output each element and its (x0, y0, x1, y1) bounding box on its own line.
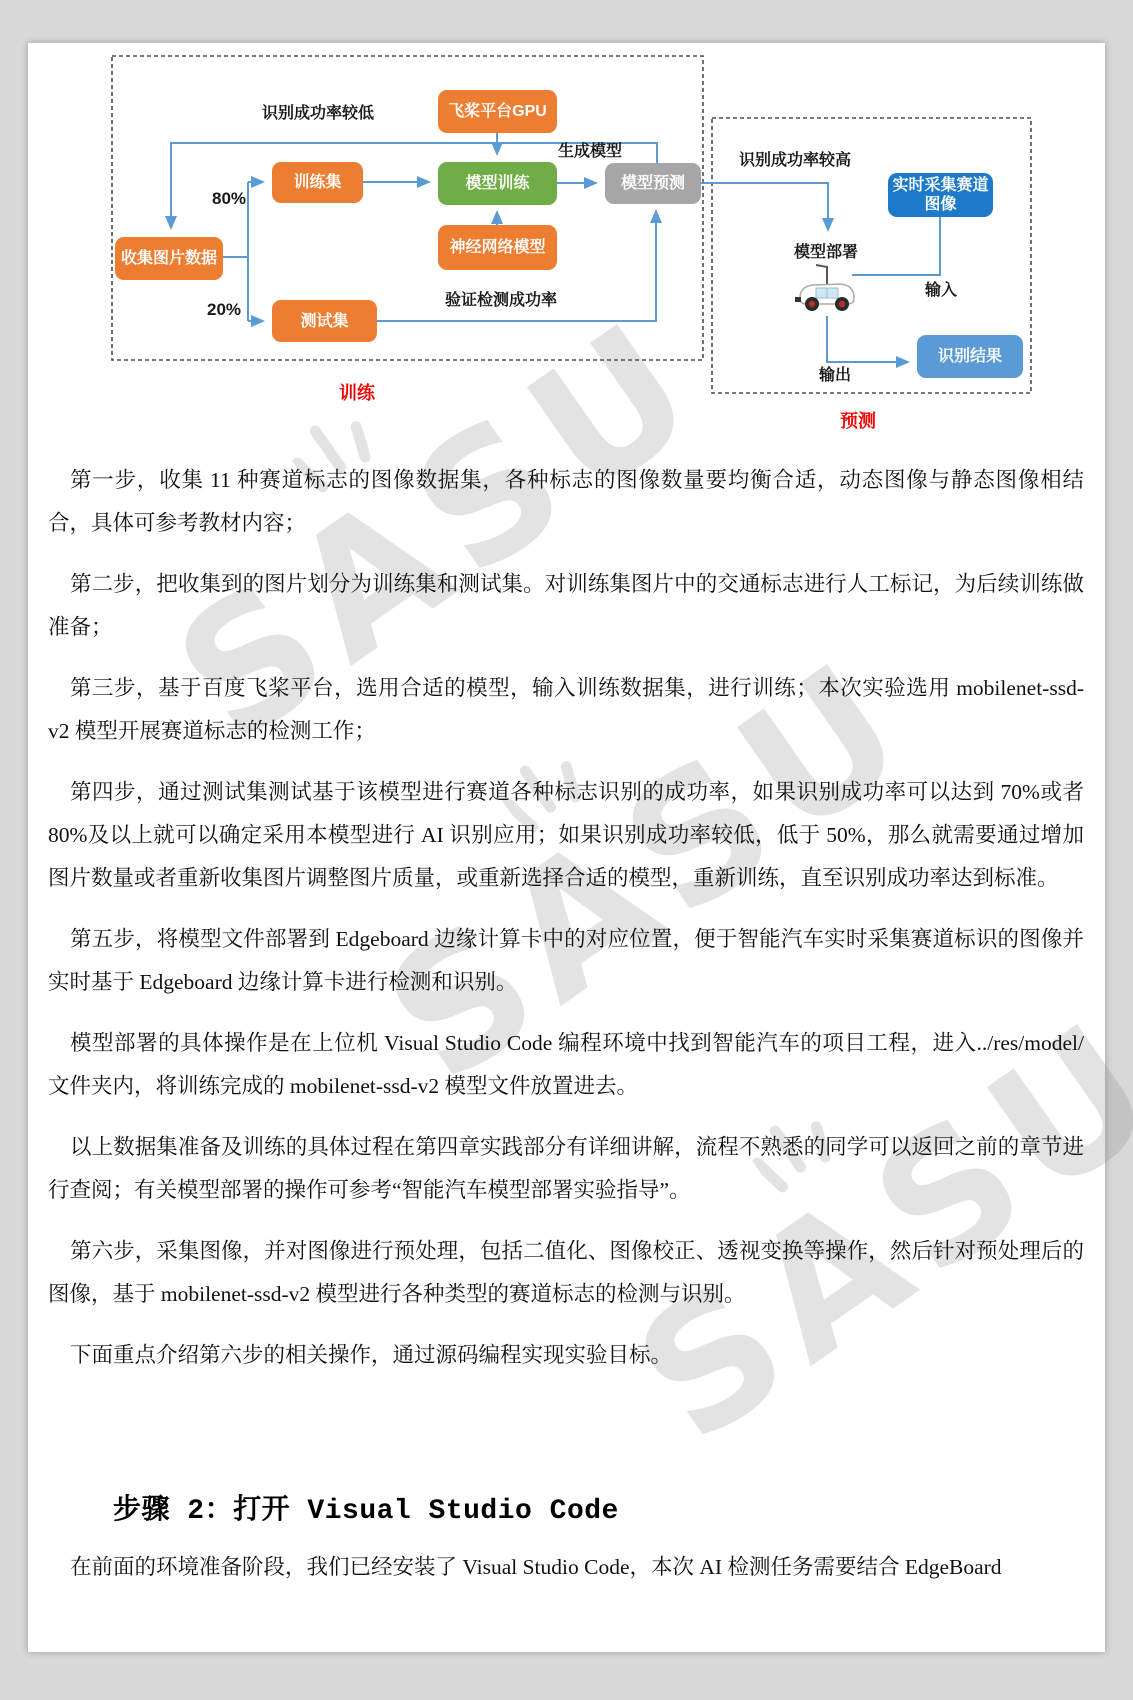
flowchart-figure: 收集图片数据 训练集 测试集 飞桨平台GPU 模型训练 神经网络模型 模型预测 … (0, 0, 1133, 445)
flowchart-connectors (0, 0, 1133, 445)
label-20-percent: 20% (206, 301, 242, 318)
label-generate-model: 生成模型 (556, 143, 624, 160)
region-label-training: 训练 (327, 379, 387, 405)
paragraph-step5: 第五步，将模型文件部署到 Edgeboard 边缘计算卡中的对应位置，便于智能汽… (48, 918, 1084, 1004)
node-collect-images: 收集图片数据 (115, 237, 223, 280)
paragraph-summary: 下面重点介绍第六步的相关操作，通过源码编程实现实验目标。 (48, 1334, 1084, 1377)
node-model-training: 模型训练 (438, 162, 557, 205)
paragraph-step1: 第一步，收集 11 种赛道标志的图像数据集，各种标志的图像数量要均衡合适，动态图… (48, 459, 1084, 545)
node-test-set: 测试集 (272, 300, 377, 342)
paragraph-step2: 第二步，把收集到的图片划分为训练集和测试集。对训练集图片中的交通标志进行人工标记… (48, 563, 1084, 649)
paragraph-deploy-detail: 模型部署的具体操作是在上位机 Visual Studio Code 编程环境中找… (48, 1022, 1084, 1108)
paragraph-reference: 以上数据集准备及训练的具体过程在第四章实践部分有详细讲解，流程不熟悉的同学可以返… (48, 1126, 1084, 1212)
node-neural-network-model: 神经网络模型 (438, 225, 557, 270)
section-intro-paragraph: 在前面的环境准备阶段，我们已经安装了 Visual Studio Code，本次… (48, 1546, 1084, 1589)
node-paddle-gpu: 飞桨平台GPU (438, 90, 557, 133)
paragraph-step3: 第三步，基于百度飞桨平台，选用合适的模型，输入训练数据集，进行训练；本次实验选用… (48, 667, 1084, 753)
paragraph-step6: 第六步，采集图像，并对图像进行预处理，包括二值化、图像校正、透视变换等操作，然后… (48, 1230, 1084, 1316)
paragraph-step4: 第四步，通过测试集测试基于该模型进行赛道各种标志识别的成功率，如果识别成功率可以… (48, 771, 1084, 900)
section-heading: 步骤 2：打开 Visual Studio Code (113, 1487, 619, 1527)
region-label-prediction: 预测 (828, 407, 888, 433)
label-input: 输入 (922, 282, 960, 299)
label-low-success-rate: 识别成功率较低 (258, 105, 378, 122)
node-recognition-result: 识别结果 (917, 335, 1023, 378)
body-text: 第一步，收集 11 种赛道标志的图像数据集，各种标志的图像数量要均衡合适，动态图… (48, 459, 1084, 1395)
node-model-predict: 模型预测 (605, 163, 701, 204)
label-80-percent: 80% (211, 190, 247, 207)
smart-car-icon (794, 258, 860, 316)
label-verify-success-rate: 验证检测成功率 (442, 292, 560, 309)
node-realtime-capture: 实时采集赛道图像 (888, 173, 993, 217)
node-train-set: 训练集 (272, 162, 363, 203)
label-output: 输出 (816, 367, 854, 384)
label-high-success-rate: 识别成功率较高 (736, 152, 854, 169)
